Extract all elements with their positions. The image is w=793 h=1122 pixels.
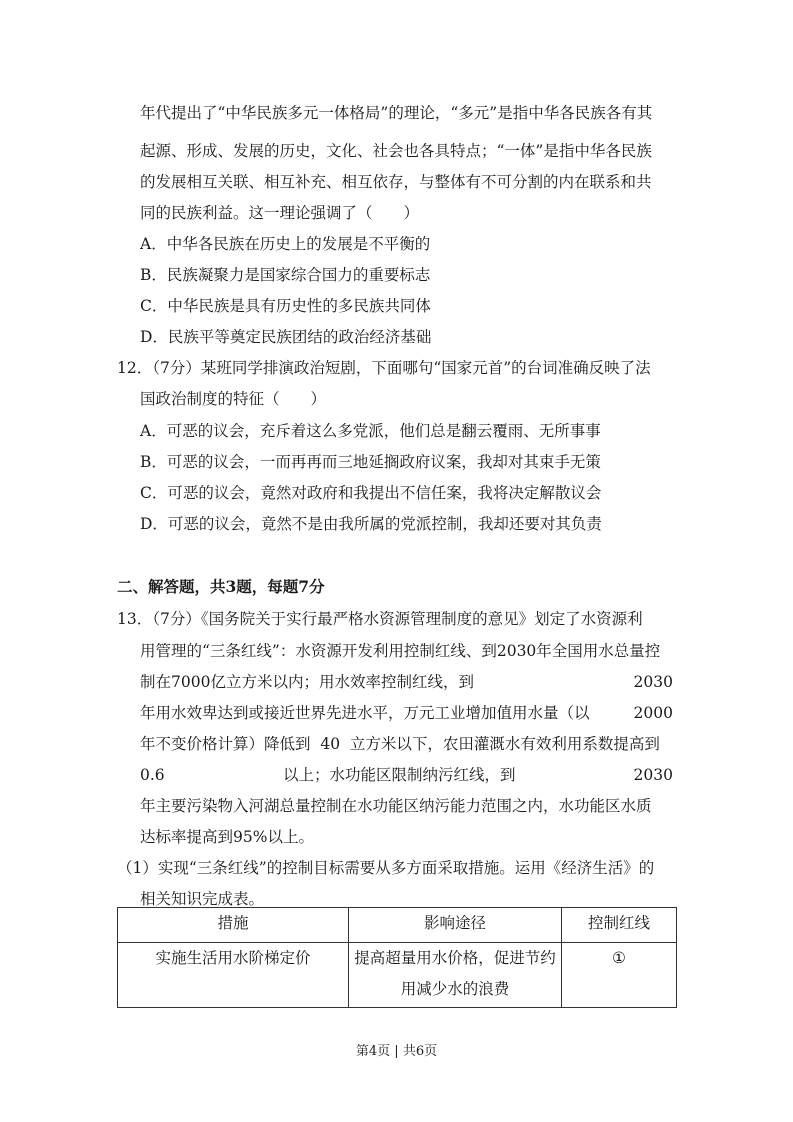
q13-stem-line-7: 年主要污染物入河湖总量控制在水功能区纳污能力范围之内，水功能区水质 — [140, 796, 652, 816]
q13-line4-text: 年用水效卑达到或接近世界先进水平，万元工业增加值用水量（以 — [140, 703, 590, 723]
q13-line6-text: 以上；水功能区限制纳污红线，到 — [283, 765, 516, 785]
q13-stem-line-8: 达标率提高到95%以上。 — [140, 827, 314, 847]
section-heading: 二、解答题，共3题，每题7分 — [117, 577, 325, 597]
q12-option-d: D．可恶的议会，竟然不是由我所属的党派控制，我却还要对其负责 — [140, 514, 602, 534]
q13-stem-line-5: 年不变价格计算）降低到 40 立方米以下，农田灌溉水有效利用系数提高到 — [140, 734, 660, 754]
q13-line4-year: 2000 — [634, 703, 673, 723]
table-cell-path-line-1: 提高超量用水价格，促进节约 — [349, 943, 561, 974]
q13-stem-line-2: 用管理的“三条红线”：水资源开发利用控制红线、到2030年全国用水总量控 — [140, 641, 660, 661]
q13-stem-line-1: 13．（7分）《国务院关于实行最严格水资源管理制度的意见》划定了水资源利 — [117, 609, 643, 629]
q11-option-b: B．民族凝聚力是国家综合国力的重要标志 — [140, 265, 430, 285]
table-cell-path: 提高超量用水价格，促进节约 用减少水的浪费 — [349, 943, 562, 1008]
q11-stem-line-2: 起源、形成、发展的历史，文化、社会也各具特点；“一体”是指中华各民族 — [140, 141, 652, 161]
q13-stem-line-3: 制在7000亿立方米以内；用水效率控制红线，到 2030 — [140, 672, 673, 692]
q11-stem-line-3: 的发展相互关联、相互补充、相互依存，与整体有不可分割的内在联系和共 — [140, 172, 652, 192]
q12-option-b: B．可恶的议会，一而再再而三地延搁政府议案，我却对其束手无策 — [140, 452, 601, 472]
table-header-measure: 措施 — [118, 908, 349, 943]
table-header-row: 措施 影响途径 控制红线 — [118, 908, 677, 943]
q12-option-a: A．可恶的议会，充斥着这么多党派，他们总是翻云覆雨、无所事事 — [140, 421, 601, 441]
table-header-path: 影响途径 — [349, 908, 562, 943]
q11-option-d: D．民族平等奠定民族团结的政治经济基础 — [140, 327, 431, 347]
q13-sub1-line-2: 相关知识完成表。 — [140, 889, 264, 909]
q13-line3-year: 2030 — [634, 672, 673, 692]
table-header-redline: 控制红线 — [562, 908, 677, 943]
q11-stem-line-1: 年代提出了“中华民族多元一体格局”的理论，“多元”是指中华各民族各有其 — [140, 103, 652, 123]
q11-stem-line-4: 同的民族利益。这一理论强调了（ ） — [140, 203, 419, 223]
q13-line6-coef: 0.6 — [140, 765, 165, 785]
q13-line6-year: 2030 — [634, 765, 673, 785]
q13-stem-line-4: 年用水效卑达到或接近世界先进水平，万元工业增加值用水量（以 2000 — [140, 703, 673, 723]
q12-stem-line-1: 12．（7分）某班同学排演政治短剧，下面哪句“国家元首”的台词准确反映了法 — [117, 358, 651, 378]
q13-sub1-line-1: （1）实现“三条红线”的控制目标需要从多方面采取措施。运用《经济生活》的 — [117, 858, 654, 878]
q11-option-c: C．中华民族是具有历史性的多民族共同体 — [140, 296, 431, 316]
q12-stem-line-2: 国政治制度的特征（ ） — [140, 389, 326, 409]
page-footer: 第4页 | 共6页 — [0, 1040, 793, 1059]
table-cell-path-line-2: 用减少水的浪费 — [349, 974, 561, 1005]
table-row: 实施生活用水阶梯定价 提高超量用水价格，促进节约 用减少水的浪费 ① — [118, 943, 677, 1008]
table-cell-measure: 实施生活用水阶梯定价 — [118, 943, 349, 1008]
q13-line3-text: 制在7000亿立方米以内；用水效率控制红线，到 — [140, 672, 474, 692]
q13-stem-line-6: 0.6 以上；水功能区限制纳污红线，到 2030 — [140, 765, 673, 785]
table-cell-redline-blank: ① — [562, 943, 677, 1008]
measures-table: 措施 影响途径 控制红线 实施生活用水阶梯定价 提高超量用水价格，促进节约 用减… — [117, 907, 677, 1008]
q11-option-a: A．中华各民族在历史上的发展是不平衡的 — [140, 234, 430, 254]
q12-option-c: C．可恶的议会，竟然对政府和我提出不信任案，我将决定解散议会 — [140, 483, 601, 503]
